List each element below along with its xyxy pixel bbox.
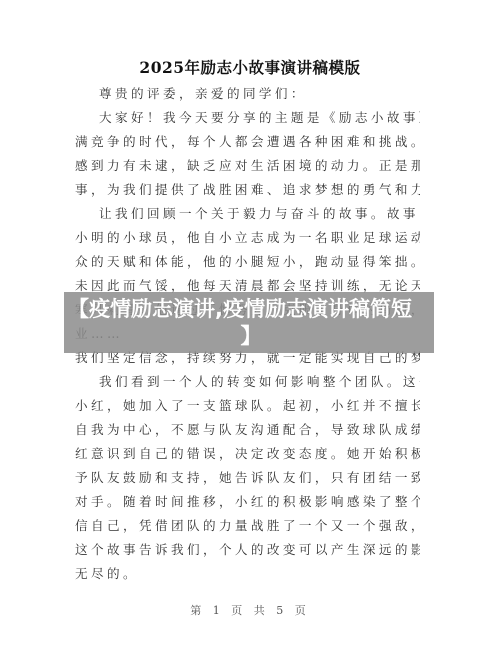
text-line: 尊贵的评委，亲爱的同学们： xyxy=(75,82,420,106)
overlay-title-close: 】 xyxy=(68,323,434,350)
text-line: 自我为中心，不愿与队友沟通配合，导致球队成绩不佳。有一天，小 xyxy=(75,418,420,442)
text-line: 事，为我们提供了战胜困难、追求梦想的勇气和力量。 xyxy=(75,178,420,202)
text-line: 众的天赋和体能，他的小腿短小，跑动显得笨拙。尽管如此，小明并 xyxy=(75,250,420,274)
page-number: 第 1 页 共 5 页 xyxy=(0,602,500,618)
text-line: 大家好！我今天要分享的主题是《励志小故事》。在我们这个充 xyxy=(75,106,420,130)
text-line: 予队友鼓励和支持，她告诉队友们，只有团结一致，才能战胜强大的 xyxy=(75,466,420,490)
text-line: 小红，她加入了一支篮球队。起初，小红并不擅长团队合作，总是以 xyxy=(75,394,420,418)
text-line: 满竞争的时代，每个人都会遭遇各种困难和挑战。有时，我们可能会 xyxy=(75,130,420,154)
text-line: 我们看到一个人的转变如何影响整个团队。这个故事的主人公是 xyxy=(75,370,420,394)
text-line: 感到力有未逮，缺乏应对生活困境的动力。正是那些鼓舞人心的小故 xyxy=(75,154,420,178)
document-title: 2025年励志小故事演讲稿模版 xyxy=(0,58,500,78)
text-line: 信自己，凭借团队的力量战胜了一个又一个强敌，最终赢得了冠军。 xyxy=(75,514,420,538)
text-line: 无尽的。 xyxy=(75,562,420,586)
overlay-title-text: 【疫情励志演讲,疫情励志演讲稿简短 xyxy=(68,297,412,321)
title-overlay-banner: 【疫情励志演讲,疫情励志演讲稿简短 】 xyxy=(64,292,434,353)
text-line: 让我们回顾一个关于毅力与奋斗的故事。故事的主角是一个名叫 xyxy=(75,202,420,226)
text-line: 红意识到自己的错误，决定改变态度。她开始积极参与团队交流，给 xyxy=(75,442,420,466)
overlay-title: 【疫情励志演讲,疫情励志演讲稿简短 】 xyxy=(64,296,434,350)
text-line: 这个故事告诉我们，个人的改变可以产生深远的影响，团队的力量是 xyxy=(75,538,420,562)
text-line: 小明的小球员，他自小立志成为一名职业足球运动员。他并不具备出 xyxy=(75,226,420,250)
text-line: 对手。随着时间推移，小红的积极影响感染了整个团队，他们开始相 xyxy=(75,490,420,514)
